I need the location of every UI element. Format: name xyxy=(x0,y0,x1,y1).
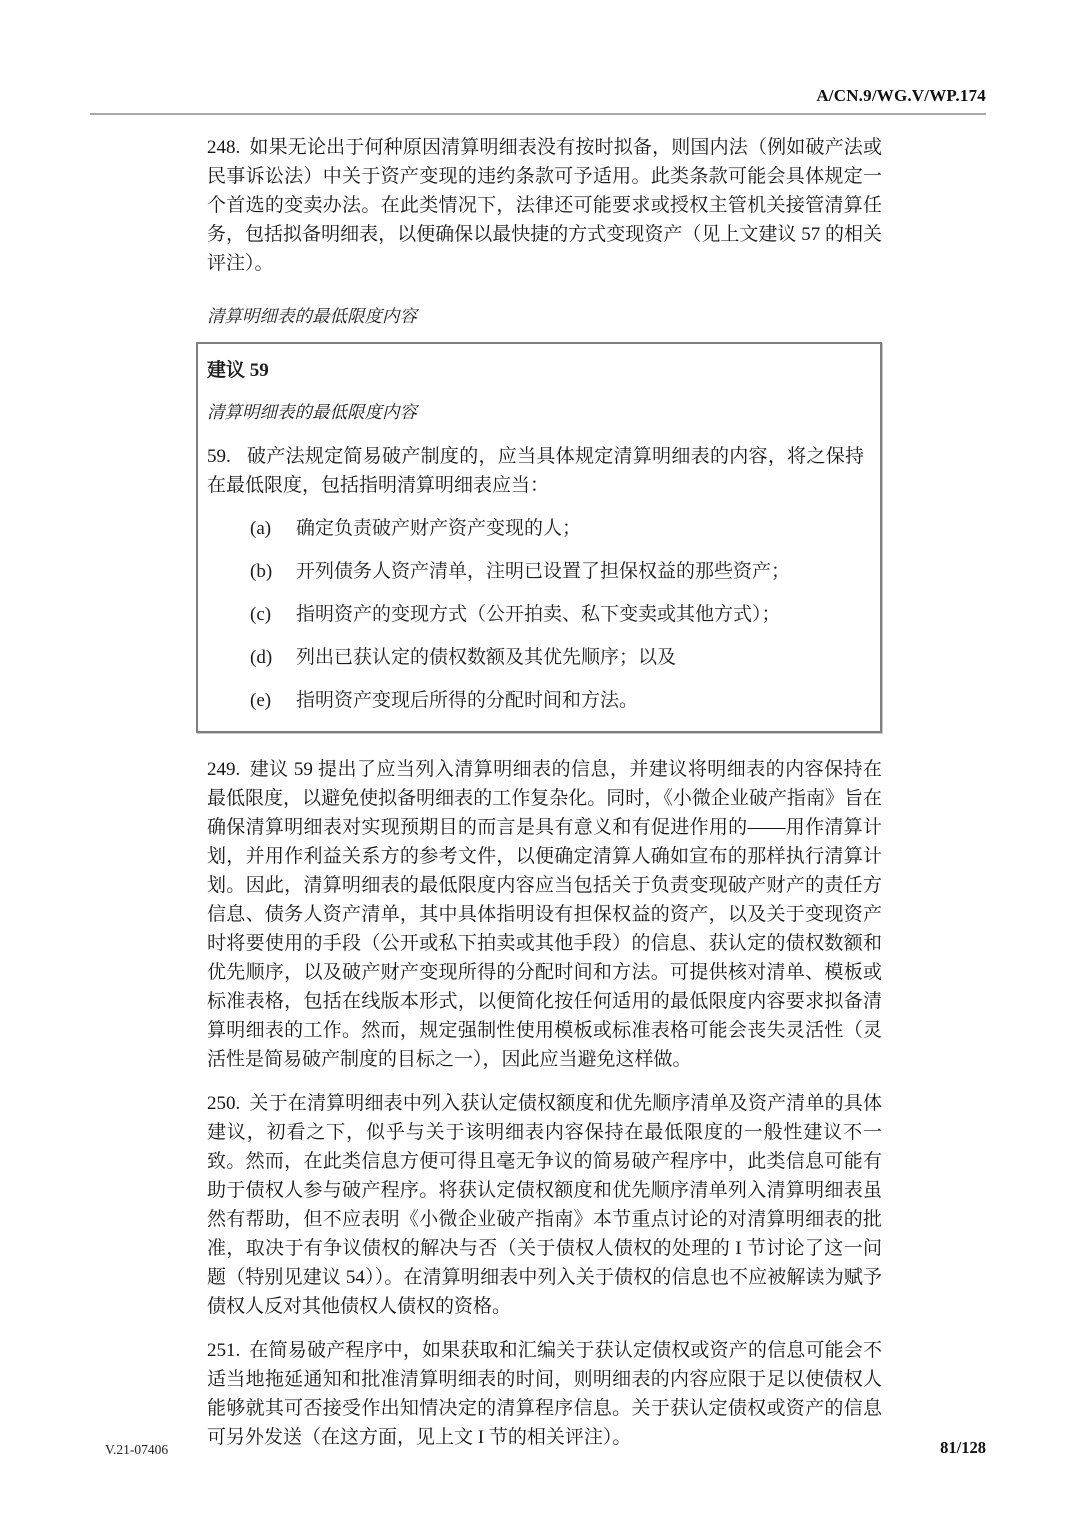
section-heading: 清算明细表的最低限度内容 xyxy=(207,304,882,328)
document-body: 248.如果无论出于何种原因清算明细表没有按时拟备，则国内法（例如破产法或民事诉… xyxy=(207,133,882,1467)
item-text: 指明资产的变现方式（公开拍卖、私下变卖或其他方式）； xyxy=(296,600,864,629)
paragraph-number: 248. xyxy=(207,137,240,158)
page-header: A/CN.9/WG.V/WP.174 xyxy=(90,86,986,115)
document-symbol: A/CN.9/WG.V/WP.174 xyxy=(90,86,986,106)
item-label: (c) xyxy=(250,600,296,629)
recommendation-item-e: (e) 指明资产变现后所得的分配时间和方法。 xyxy=(250,686,864,715)
paragraph-text: 破产法规定简易破产制度的，应当具体规定清算明细表的内容，将之保持在最低限度，包括… xyxy=(207,446,864,496)
item-label: (d) xyxy=(250,643,296,672)
recommendation-item-c: (c) 指明资产的变现方式（公开拍卖、私下变卖或其他方式）； xyxy=(250,600,864,629)
item-text: 列出已获认定的债权数额及其优先顺序；以及 xyxy=(296,643,864,672)
paragraph-number: 59. xyxy=(207,446,231,467)
page-footer: V.21-07406 81/128 xyxy=(0,1438,1080,1468)
item-label: (b) xyxy=(250,557,296,586)
recommendation-intro: 59.破产法规定简易破产制度的，应当具体规定清算明细表的内容，将之保持在最低限度… xyxy=(207,442,864,500)
paragraph-248: 248.如果无论出于何种原因清算明细表没有按时拟备，则国内法（例如破产法或民事诉… xyxy=(207,133,882,278)
paragraph-text: 在简易破产程序中，如果获取和汇编关于获认定债权或资产的信息可能会不适当地拖延通知… xyxy=(207,1340,882,1448)
header-rule xyxy=(90,113,986,115)
footer-doc-number: V.21-07406 xyxy=(105,1442,168,1458)
document-page: A/CN.9/WG.V/WP.174 248.如果无论出于何种原因清算明细表没有… xyxy=(0,0,1080,1526)
item-text: 确定负责破产财产资产变现的人； xyxy=(296,514,864,543)
recommendation-title: 建议 59 xyxy=(207,358,864,384)
recommendation-subtitle: 清算明细表的最低限度内容 xyxy=(207,400,864,424)
recommendation-item-b: (b) 开列债务人资产清单，注明已设置了担保权益的那些资产； xyxy=(250,557,864,586)
paragraph-251: 251.在简易破产程序中，如果获取和汇编关于获认定债权或资产的信息可能会不适当地… xyxy=(207,1336,882,1452)
recommendation-box: 建议 59 清算明细表的最低限度内容 59.破产法规定简易破产制度的，应当具体规… xyxy=(196,342,882,733)
recommendation-item-a: (a) 确定负责破产财产资产变现的人； xyxy=(250,514,864,543)
item-text: 指明资产变现后所得的分配时间和方法。 xyxy=(296,686,864,715)
item-label: (a) xyxy=(250,514,296,543)
paragraph-249: 249.建议 59 提出了应当列入清算明细表的信息，并建议将明细表的内容保持在最… xyxy=(207,755,882,1074)
paragraph-text: 关于在清算明细表中列入获认定债权额度和优先顺序清单及资产清单的具体建议，初看之下… xyxy=(207,1093,882,1317)
paragraph-text: 建议 59 提出了应当列入清算明细表的信息，并建议将明细表的内容保持在最低限度，… xyxy=(207,759,882,1070)
paragraph-number: 250. xyxy=(207,1093,240,1114)
footer-page-number: 81/128 xyxy=(940,1438,986,1458)
paragraph-number: 249. xyxy=(207,759,240,780)
recommendation-item-d: (d) 列出已获认定的债权数额及其优先顺序；以及 xyxy=(250,643,864,672)
item-text: 开列债务人资产清单，注明已设置了担保权益的那些资产； xyxy=(296,557,864,586)
paragraph-text: 如果无论出于何种原因清算明细表没有按时拟备，则国内法（例如破产法或民事诉讼法）中… xyxy=(207,137,882,274)
paragraph-250: 250.关于在清算明细表中列入获认定债权额度和优先顺序清单及资产清单的具体建议，… xyxy=(207,1089,882,1321)
paragraph-number: 251. xyxy=(207,1340,240,1361)
item-label: (e) xyxy=(250,686,296,715)
